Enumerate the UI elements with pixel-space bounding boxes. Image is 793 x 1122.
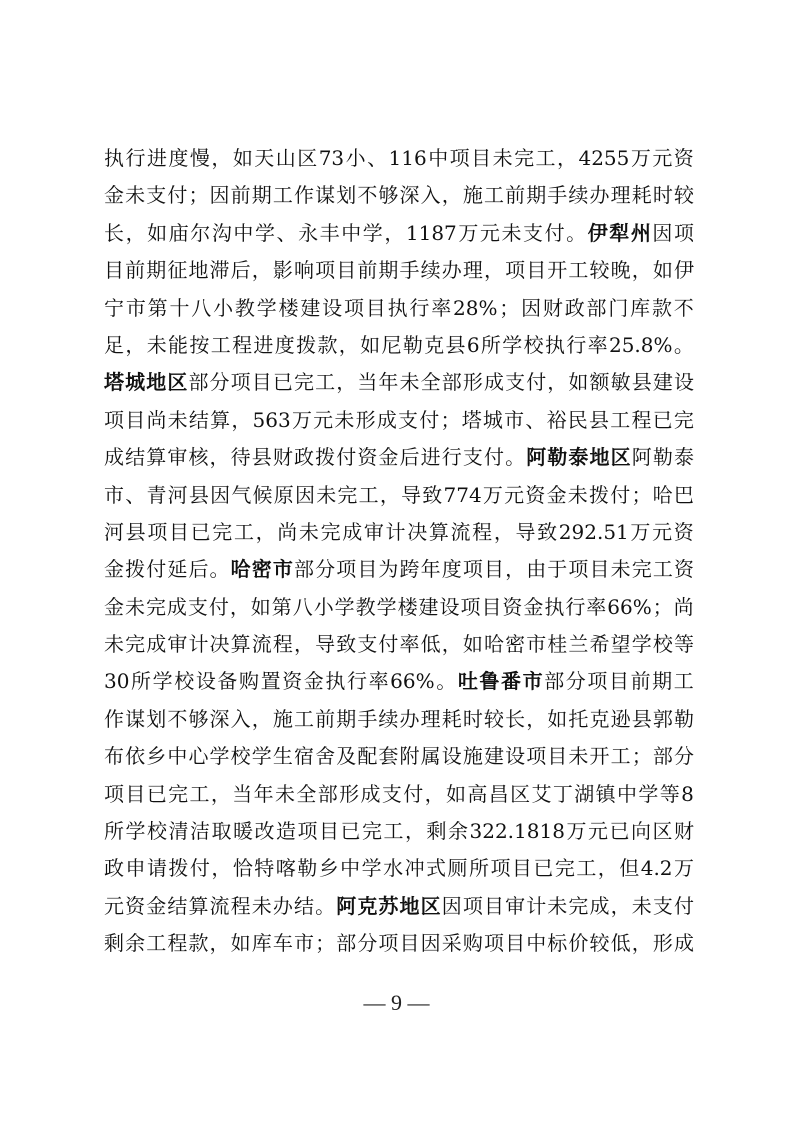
text-token: 工 [568,254,588,291]
text-token: 等 [674,628,694,665]
region-heading: 伊 [588,217,608,254]
text-token: 形 [339,778,359,815]
text-line: 剩余工程款，如库车市；部分项目因采购项目中标价较低，形成 [104,927,694,964]
text-token: 剩 [427,815,447,852]
text-token: 余 [448,815,468,852]
text-token: 流 [451,516,471,553]
text-token: 项 [450,142,470,179]
text-token: 尚 [674,591,694,628]
text-token: ， [405,815,425,852]
text-token: 额 [590,366,610,403]
text-token: 勒 [674,703,694,740]
text-token: 年 [254,778,274,815]
text-token: 支 [382,778,402,815]
text-token: 资 [125,890,145,927]
text-token: 8 [681,778,694,815]
region-heading: 番 [501,665,521,702]
text-token: ； [632,740,652,777]
text-token: 563 [253,404,291,441]
text-line: 项目已完工，当年未全部形成支付，如高昌区艾丁湖镇中学等8 [104,778,694,815]
text-token: 支 [653,890,673,927]
text-line: 执行进度慢，如天山区73小、116中项目未完工，4255万元资 [104,142,694,179]
text-token: 全 [421,366,441,403]
text-token: 县 [632,703,652,740]
text-token: 敏 [611,366,631,403]
text-token: 当 [357,366,377,403]
text-token: 成 [104,441,124,478]
text-token: 学 [362,852,382,889]
text-token: 裕 [547,404,567,441]
text-token: 前 [357,254,377,291]
text-token: 资 [674,553,694,590]
text-token: 项 [463,553,483,590]
text-token: ， [442,628,462,665]
text-token: 完 [294,366,314,403]
text-token: 学 [255,217,275,254]
text-token: 县 [126,516,146,553]
text-token: 艾 [532,778,552,815]
text-token: 工 [273,179,293,216]
text-token: 项 [490,852,510,889]
text-token: 办 [590,179,610,216]
text-token: 够 [188,703,208,740]
text-token: 延 [167,553,187,590]
text-token: 剩 [104,927,124,964]
text-token: 完 [362,815,382,852]
text-token: 未 [125,591,145,628]
text-token: 金 [104,591,124,628]
text-token: ， [611,890,631,927]
text-token: 兰 [568,628,588,665]
text-token: 较 [590,254,610,291]
text-token: 设 [442,740,462,777]
text-token: 项 [463,890,483,927]
text-token: 项 [378,927,398,964]
region-heading: 区 [421,890,441,927]
text-line: 政申请拨付，恰特喀勒乡中学水冲式厕所项目已完工，但4.2万 [104,852,694,889]
text-token: 建 [419,591,439,628]
text-line: 长，如庙尔沟中学、永丰中学，1187万元未支付。伊犁州因项 [104,217,694,254]
text-token: 开 [547,254,567,291]
text-token: 进 [147,142,167,179]
text-token: 目 [526,254,546,291]
text-token: 作 [104,703,124,740]
text-token: 耗 [442,703,462,740]
text-token: ， [231,404,251,441]
text-token: 形 [356,404,376,441]
text-token: ， [384,217,404,254]
text-token: 心 [188,740,208,777]
text-token: 年 [378,366,398,403]
text-token: 万 [483,479,503,516]
text-token: 施 [273,703,293,740]
text-token: 宁 [104,292,124,329]
text-token: 流 [252,628,272,665]
region-heading: 地 [146,366,166,403]
text-token: 后 [188,553,208,590]
text-token: 率 [586,591,606,628]
text-token: 4255 [578,142,629,179]
text-token: 行 [125,142,145,179]
text-token: 后 [231,254,251,291]
text-token: 程 [232,329,252,366]
text-token: 目 [336,254,356,291]
text-token: 区 [510,778,530,815]
text-token: 暖 [233,815,253,852]
text-token: 已 [533,852,553,889]
text-token: 付 [545,217,565,254]
text-token: 套 [378,740,398,777]
text-line: 河县项目已完工，尚未完成审计决算流程，导致292.51万元资 [104,516,694,553]
region-heading: 吐 [458,665,478,702]
text-token: 前 [231,179,251,216]
text-token: 如 [147,217,167,254]
text-token: 为 [378,553,398,590]
text-token: 完 [568,890,588,927]
text-token: 项 [344,292,364,329]
text-token: 学 [638,778,658,815]
text-token: 期 [252,179,272,216]
text-token: 项 [336,553,356,590]
text-token: 跨 [400,553,420,590]
text-token: ， [505,553,525,590]
text-token: 支 [146,179,166,216]
text-token: 拨 [125,553,145,590]
text-token: 度 [168,142,188,179]
text-token: 所 [131,665,151,702]
text-token: 设 [196,665,216,702]
text-token: 长 [505,703,525,740]
text-token: ； [499,292,519,329]
text-token: 前 [505,179,525,216]
text-token: 因 [521,292,541,329]
text-token: 如 [547,703,567,740]
text-token: 较 [484,703,504,740]
text-token: 66% [390,665,434,702]
text-token: 率 [431,292,451,329]
text-token: 322.1818 [470,815,565,852]
text-token: 施 [463,179,483,216]
text-token: 款 [652,292,672,329]
text-token: 付 [484,441,504,478]
text-token: 审 [167,628,187,665]
text-token: 计 [526,890,546,927]
text-token: 分 [315,553,335,590]
text-token: 耗 [632,179,652,216]
text-token: 依 [125,740,145,777]
text-token: ； [315,927,335,964]
text-token: 民 [568,404,588,441]
text-token: 生 [273,740,293,777]
text-token: 谋 [125,703,145,740]
text-token: 未 [547,890,567,927]
text-token: 塔 [462,404,482,441]
text-token: 成 [674,927,694,964]
text-token: 乡 [146,740,166,777]
text-token: 手 [357,703,377,740]
text-token: 划 [336,179,356,216]
text-token: 工 [653,553,673,590]
text-token: 市 [294,927,314,964]
text-token: 学 [335,591,355,628]
text-token: 候 [253,479,273,516]
text-token: 完 [514,142,534,179]
text-token: 等 [660,778,680,815]
text-token: 教 [356,591,376,628]
text-token: 学 [502,329,522,366]
text-token: 小 [213,292,233,329]
text-token: 项 [526,740,546,777]
text-token: 于 [547,553,567,590]
text-token: 目 [366,292,386,329]
text-token: 手 [400,254,420,291]
text-token: 天 [254,142,274,179]
text-token: 支 [398,404,418,441]
text-token: 已 [273,366,293,403]
text-token: 审 [505,890,525,927]
text-token: 八 [293,591,313,628]
region-heading: 塔 [104,366,124,403]
text-token: 成 [342,516,362,553]
text-token: 前 [631,665,651,702]
text-token: 付 [190,852,210,889]
text-token: 28% [453,292,497,329]
text-token: 城 [483,404,503,441]
text-token: 执 [545,329,565,366]
text-token: 元 [504,479,524,516]
text-token: 水 [383,852,403,889]
text-token: 所 [481,329,501,366]
region-heading: 区 [167,366,187,403]
text-token: 完 [337,479,357,516]
text-token: 理 [611,179,631,216]
text-token: 完 [674,404,694,441]
text-token: 附 [400,740,420,777]
text-token: 未 [568,740,588,777]
text-token: 伊 [674,254,694,291]
text-token: 未 [400,366,420,403]
text-token: 乡 [319,852,339,889]
text-token: 区 [652,815,672,852]
text-token: 续 [421,254,441,291]
region-heading: 苏 [378,890,398,927]
text-token: 决 [407,516,427,553]
text-token: 学 [252,740,272,777]
text-token: 致 [336,628,356,665]
text-token: 项 [104,404,124,441]
text-token: 完 [125,628,145,665]
text-token: 喀 [276,852,296,889]
text-token: 市 [504,404,524,441]
text-token: 教 [235,292,255,329]
text-token: 未 [168,404,188,441]
text-token: 执 [325,665,345,702]
text-line: 成结算审核，待县财政拨付资金后进行支付。阿勒泰地区阿勒泰 [104,441,694,478]
text-token: 支 [463,441,483,478]
text-token: 万 [458,217,478,254]
text-line: 所学校清洁取暖改造项目已完工，剩余322.1818万元已向区财 [104,815,694,852]
text-token: ； [440,404,460,441]
text-token: 算 [231,628,251,665]
text-token: 响 [294,254,314,291]
text-token: 项 [505,254,525,291]
text-token: 支 [188,591,208,628]
text-token: 。 [436,665,456,702]
text-token: 布 [104,740,124,777]
text-token: 部 [587,292,607,329]
text-token: 工 [576,852,596,889]
text-token: 小 [346,142,366,179]
text-token: 资 [674,516,694,553]
text-token: 因 [652,217,672,254]
text-token: 桂 [547,628,567,665]
text-token: 目 [547,740,567,777]
text-token: 托 [568,703,588,740]
text-token: 部 [336,927,356,964]
text-token: 所 [469,852,489,889]
text-token: 行 [565,591,585,628]
text-token: 付 [209,591,229,628]
text-token: 项 [587,665,607,702]
text-token: 成 [167,591,187,628]
text-token: 目 [252,366,272,403]
text-token: 目 [125,778,145,815]
text-token: 昌 [489,778,509,815]
region-heading: 犁 [609,217,629,254]
text-token: 哈 [653,479,673,516]
text-token: 。 [674,329,694,366]
text-token: 完 [212,516,232,553]
text-token: ， [557,142,577,179]
text-token: 万 [566,815,586,852]
text-token: 、 [525,404,545,441]
text-token: 期 [146,254,166,291]
text-token: 完 [146,591,166,628]
text-token: 执 [388,292,408,329]
text-token: 较 [590,927,610,964]
text-token: ， [211,778,231,815]
text-token: 完 [632,553,652,590]
text-token: ， [339,329,359,366]
region-heading: 市 [523,665,543,702]
text-line: 市、青河县因气候原因未完工，导致774万元资金未拨付；哈巴 [104,479,694,516]
text-token: 资 [357,441,377,478]
text-token: 程 [273,628,293,665]
text-token: 率 [400,628,420,665]
text-token: 期 [336,703,356,740]
text-token: 未 [275,778,295,815]
region-heading: 勒 [547,441,567,478]
text-token: 292.51 [559,516,629,553]
text-token: 拨 [589,479,609,516]
text-token: 建 [300,292,320,329]
text-token: 请 [147,852,167,889]
text-token: 进 [421,441,441,478]
text-token: 元 [480,217,500,254]
text-token: 车 [273,927,293,964]
text-token: 30 [104,665,129,702]
text-token: 能 [168,329,188,366]
text-token: 克 [590,703,610,740]
region-heading: 阿 [336,890,356,927]
text-token: 。 [210,553,230,590]
text-token: 资 [525,479,545,516]
text-token: 元 [313,404,333,441]
text-token: 支 [357,628,377,665]
text-token: 十 [169,292,189,329]
text-token: 库 [252,927,272,964]
text-token: 作 [294,179,314,216]
text-token: 计 [188,628,208,665]
text-token: 克 [424,329,444,366]
text-token: 中 [526,927,546,964]
text-token: 哈 [484,628,504,665]
text-token: 勒 [653,441,673,478]
text-token: 校 [653,628,673,665]
text-token: 分 [357,927,377,964]
text-token: ， [211,852,231,889]
text-token: 付 [167,179,187,216]
text-token: 进 [253,329,273,366]
text-token: 不 [167,703,187,740]
text-token: 县 [446,329,466,366]
text-token: 项 [231,366,251,403]
text-token: 第 [148,292,168,329]
text-token: ， [211,142,231,179]
text-token: 已 [147,778,167,815]
text-token: 如 [653,254,673,291]
text-token: 第 [272,591,292,628]
text-token: 率 [588,329,608,366]
region-heading: 地 [590,441,610,478]
text-token: 学 [153,665,173,702]
text-token: 付 [336,441,356,478]
text-token: 未 [493,142,513,179]
text-token: 6 [467,329,480,366]
text-token: 余 [125,927,145,964]
text-token: 工 [359,479,379,516]
text-token: 地 [188,254,208,291]
text-token: 目 [484,890,504,927]
text-token: 标 [547,927,567,964]
text-token: 元 [652,516,672,553]
text-token: 办 [273,890,293,927]
text-token: 部 [188,366,208,403]
text-token: 期 [652,665,672,702]
text-token: 执 [544,591,564,628]
text-token: 未 [501,217,521,254]
text-token: 导 [401,479,421,516]
text-token: 入 [231,703,251,740]
text-token: 校 [174,665,194,702]
text-token: 县 [189,479,209,516]
text-token: 巴 [674,479,694,516]
text-token: 行 [442,441,462,478]
text-token: 支 [505,366,525,403]
text-token: 项 [315,254,335,291]
text-token: 部 [544,665,564,702]
text-token: 设 [674,366,694,403]
region-heading: 鲁 [479,665,499,702]
text-token: 工 [315,366,335,403]
text-token: 结 [125,441,145,478]
text-token: 县 [632,366,652,403]
text-token: 目 [609,665,629,702]
text-token: 滞 [210,254,230,291]
text-token: ， [526,703,546,740]
text-token: 行 [347,665,367,702]
text-token: 申 [125,852,145,889]
